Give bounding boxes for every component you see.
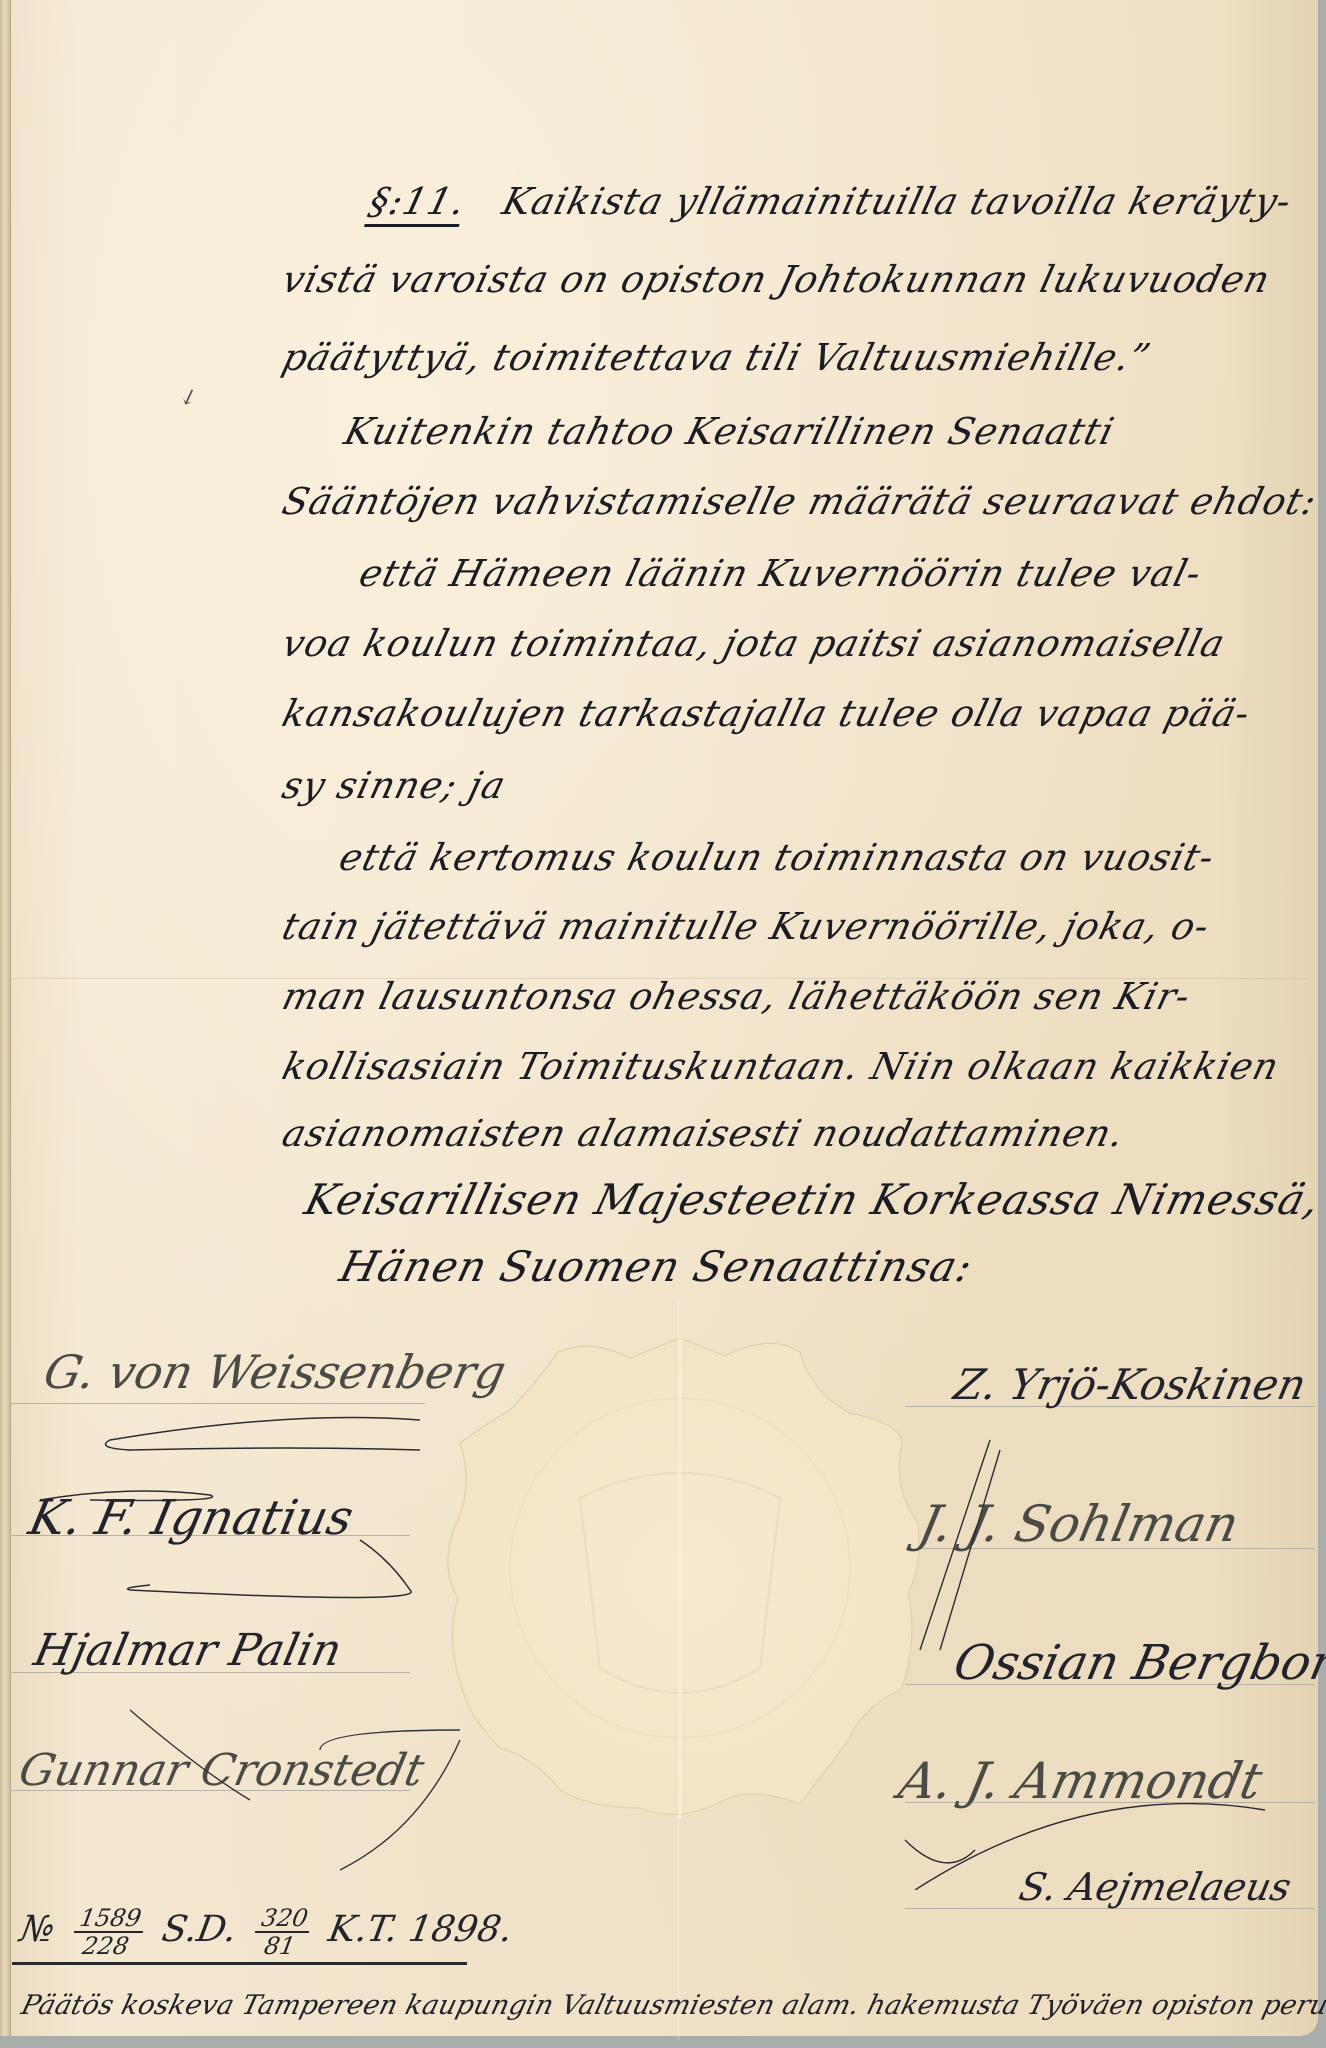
- body-line-4: Kuitenkin tahtoo Keisarillinen Senaatti: [340, 410, 1119, 453]
- reference-code-1: S.D.: [159, 1909, 240, 1950]
- reference-underline: [12, 1962, 467, 1965]
- signature-right-4: A. J. Ammondt: [894, 1752, 1268, 1810]
- reference-fraction-2: 320 81: [251, 1905, 314, 1959]
- reference-fraction-1: 1589 228: [69, 1905, 148, 1959]
- document-page: ↙ §:11. Kaikista yllämainituilla tavoill…: [0, 0, 1318, 2036]
- body-line-1: §:11. Kaikista yllämainituilla tavoilla …: [365, 180, 1296, 223]
- body-line-7: voa koulun toimintaa, jota paitsi asiano…: [278, 622, 1230, 665]
- reference-code-2: K.T. 1898.: [325, 1909, 515, 1950]
- body-line-3: päätyttyä, toimitettava tili Valtuusmieh…: [278, 336, 1155, 379]
- page-binding-edge: [0, 0, 11, 2036]
- signature-left-3: Hjalmar Palin: [30, 1625, 346, 1676]
- signature-flourish: [90, 1400, 430, 1460]
- signature-rule: [10, 1403, 425, 1404]
- signature-right-3: Ossian Bergbom: [949, 1635, 1326, 1691]
- signature-right-2: J. J. Sohlman: [914, 1495, 1244, 1553]
- signature-left-1: G. von Weissenberg: [39, 1345, 510, 1399]
- body-line-14: asianomaisten alamaisesti noudattaminen.: [278, 1112, 1129, 1155]
- margin-arrow-mark-icon: ↙: [176, 383, 202, 413]
- body-line-8: kansakoulujen tarkastajalla tulee olla v…: [278, 692, 1255, 735]
- body-line-5: Sääntöjen vahvistamiselle määrätä seuraa…: [278, 480, 1321, 523]
- signature-right-1: Z. Yrjö-Koskinen: [950, 1360, 1311, 1409]
- body-line-6: että Hämeen läänin Kuvernöörin tulee val…: [355, 552, 1206, 595]
- body-line-11: tain jätettävä mainitulle Kuvernöörille,…: [278, 905, 1214, 948]
- closing-line-2: Hänen Suomen Senaattinsa:: [335, 1242, 978, 1291]
- embossed-seal-icon: [440, 1338, 920, 1818]
- number-sign: №: [17, 1909, 58, 1950]
- body-line-10: että kertomus koulun toiminnasta on vuos…: [335, 836, 1219, 879]
- section-number: §:11.: [365, 180, 471, 223]
- subject-line: Päätös koskeva Tampereen kaupungin Valtu…: [18, 1990, 1326, 2021]
- signature-left-2: K. F. Ignatius: [24, 1490, 358, 1546]
- body-line-12: man lausuntonsa ohessa, lähettäköön sen …: [278, 975, 1195, 1018]
- body-line-13: kollisasiain Toimituskuntaan. Niin olkaa…: [278, 1045, 1284, 1088]
- document-reference-number: № 1589 228 S.D. 320 81 K.T. 1898.: [15, 1905, 516, 1959]
- body-line-2: vistä varoista on opiston Johtokunnan lu…: [278, 258, 1275, 301]
- signature-left-4: Gunnar Cronstedt: [15, 1745, 429, 1796]
- closing-line-1: Keisarillisen Majesteetin Korkeassa Nime…: [300, 1175, 1326, 1224]
- body-line-9: sy sinne; ja: [278, 764, 511, 807]
- signature-right-5: S. Aejmelaeus: [1015, 1865, 1295, 1909]
